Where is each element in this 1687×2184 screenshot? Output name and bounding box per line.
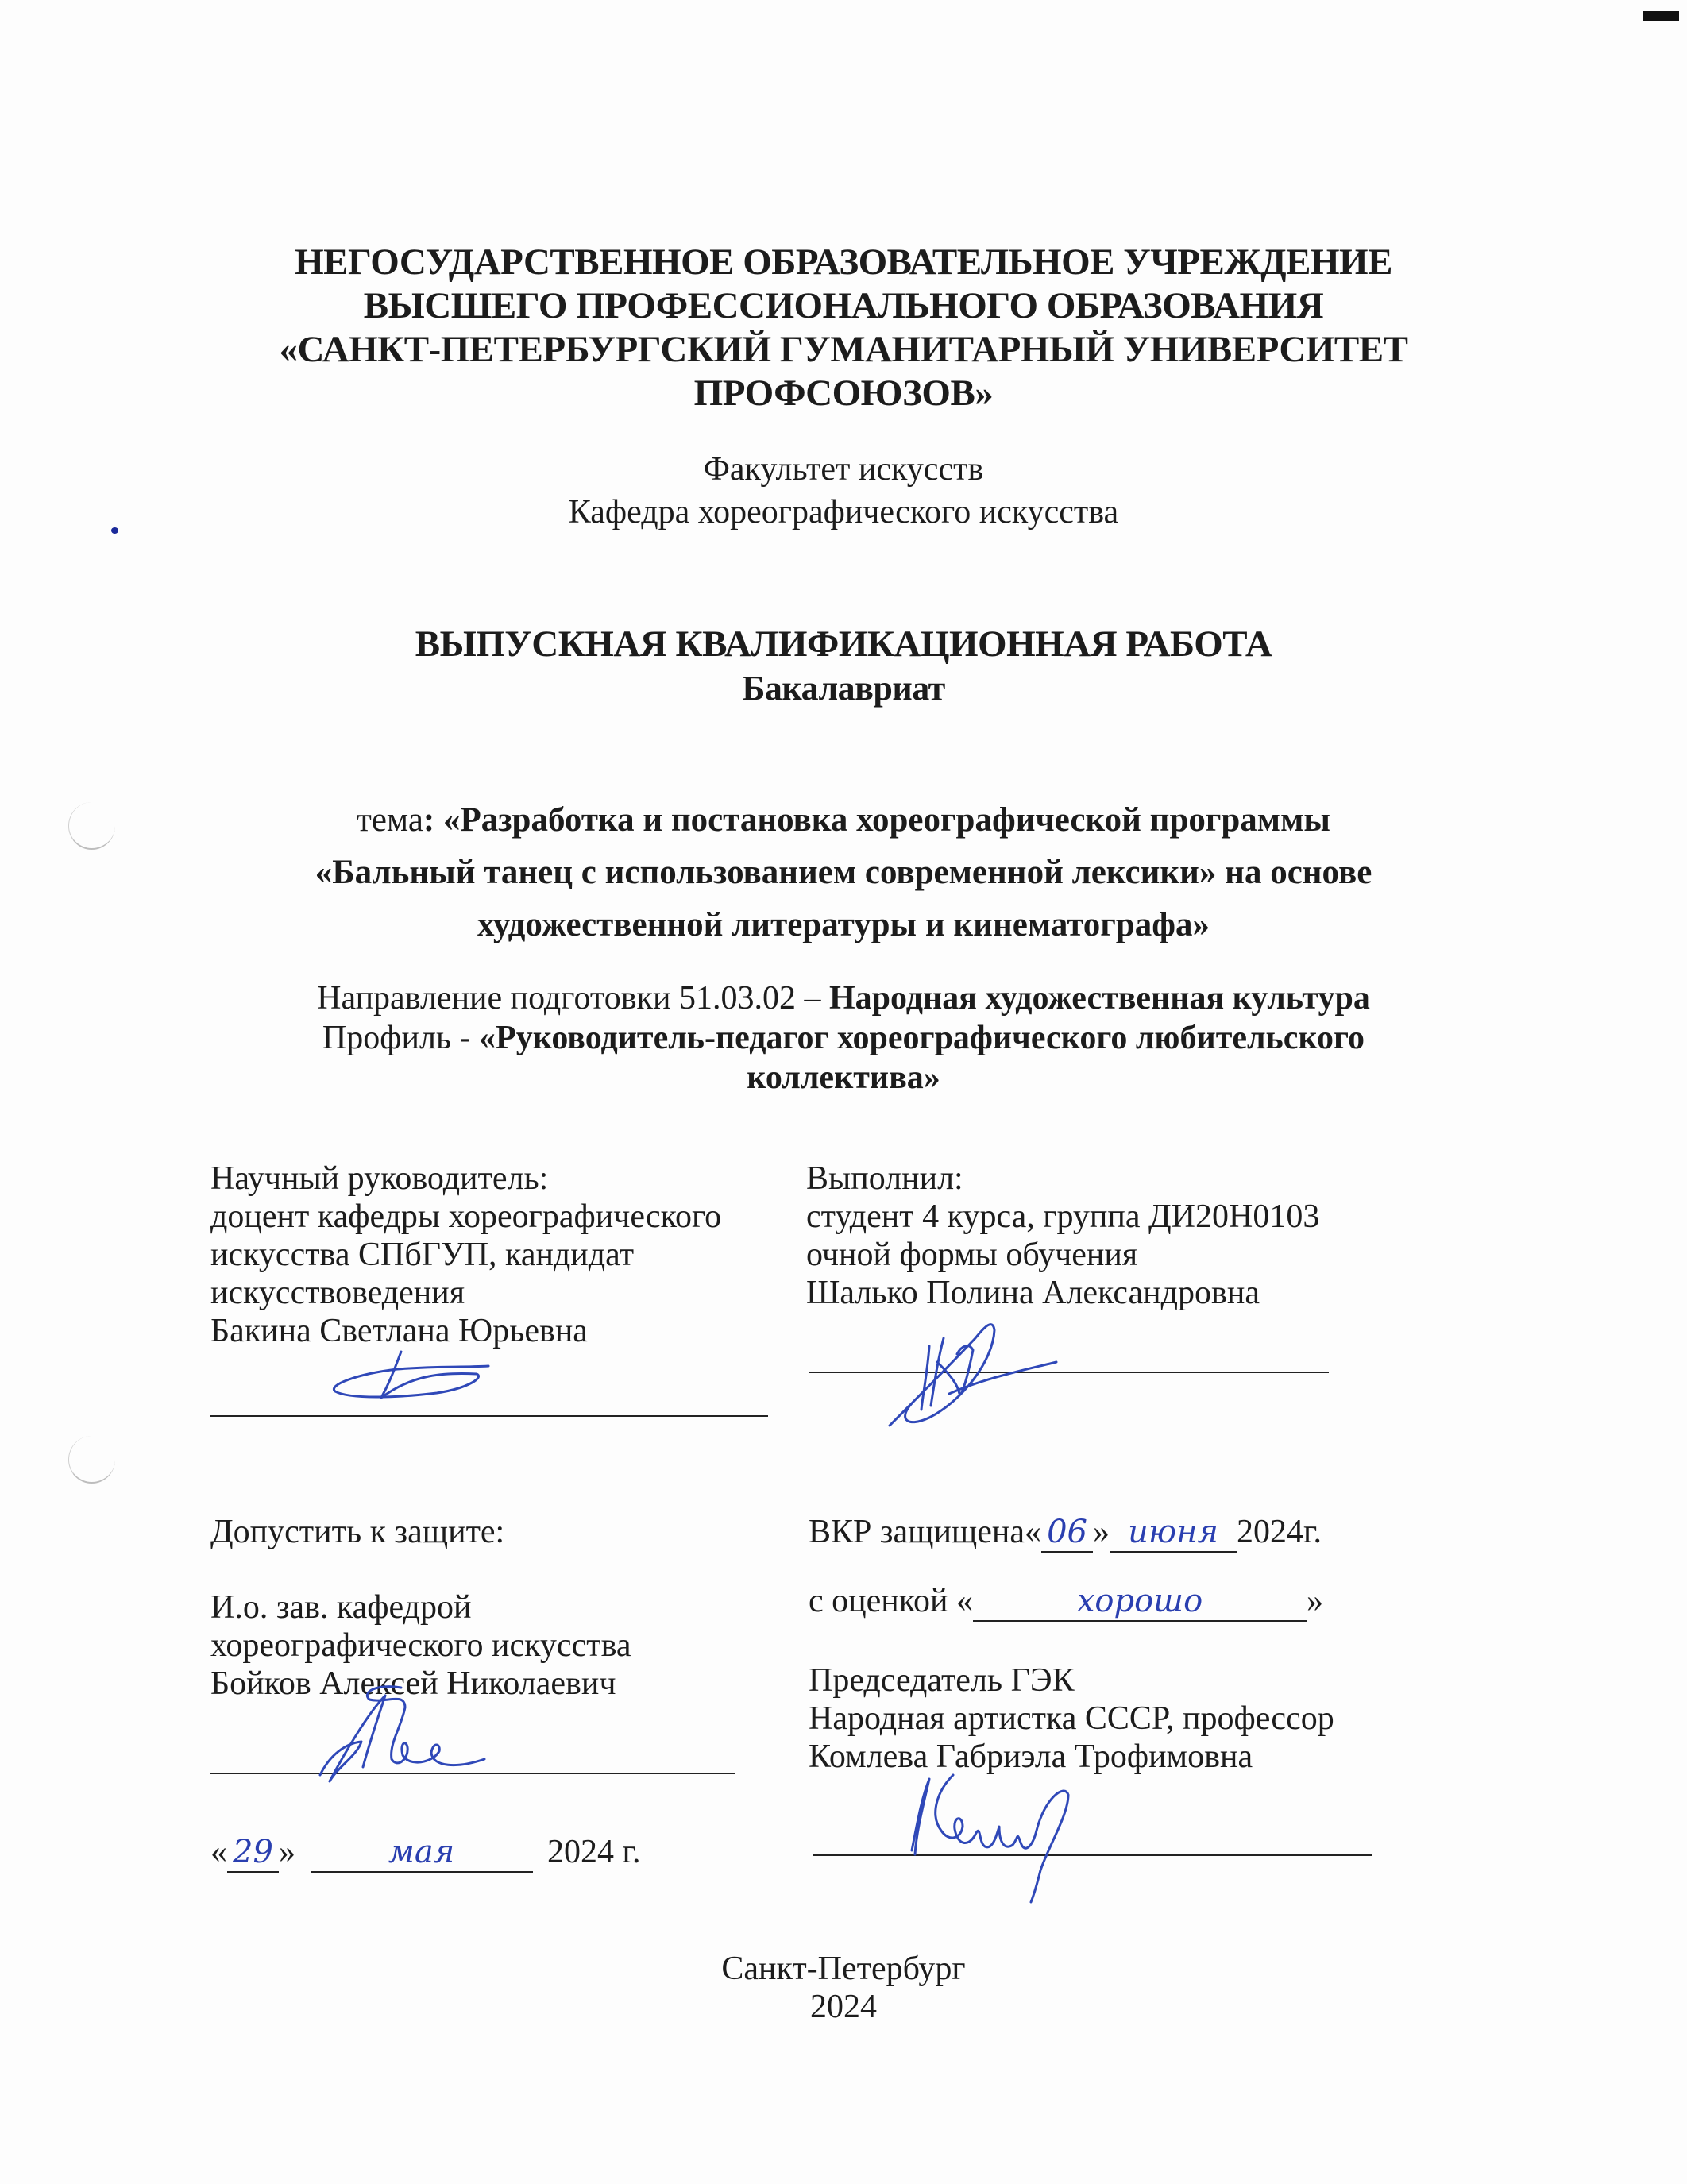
grade-value: хорошо xyxy=(1077,1583,1203,1619)
supervisor-signature xyxy=(326,1350,500,1414)
direction-value: Народная художественная культура xyxy=(829,980,1370,1017)
work-type: ВЫПУСКНАЯ КВАЛИФИКАЦИОННАЯ РАБОТА xyxy=(0,623,1687,666)
defense-year: 2024г. xyxy=(1237,1514,1322,1550)
chair-signature xyxy=(905,1767,1112,1902)
faculty-name: Факультет искусств xyxy=(0,450,1687,489)
supervisor-line: доцент кафедры хореографического xyxy=(210,1198,721,1236)
direction-label: Направление подготовки 51.03.02 – xyxy=(317,980,829,1017)
theme-line-1: тема: «Разработка и постановка хореограф… xyxy=(0,794,1687,847)
profile-line: Профиль - «Руководитель-педагог хореогра… xyxy=(0,1018,1687,1058)
admission-month-field: мая xyxy=(311,1833,533,1873)
theme-title-part: «Разработка и постановка хореографическо… xyxy=(443,801,1330,839)
author-block: Выполнил: студент 4 курса, группа ДИ20Н0… xyxy=(806,1160,1319,1312)
thesis-theme: тема: «Разработка и постановка хореограф… xyxy=(0,794,1687,951)
author-name: Шалько Полина Александровна xyxy=(806,1274,1319,1312)
grade-field: хорошо xyxy=(973,1582,1307,1622)
theme-line-3: художественной литературы и кинематограф… xyxy=(0,899,1687,951)
footer: Санкт-Петербург 2024 xyxy=(0,1950,1687,2026)
institution-line: ВЫСШЕГО ПРОФЕССИОНАЛЬНОГО ОБРАЗОВАНИЯ xyxy=(0,284,1687,328)
supervisor-heading: Научный руководитель: xyxy=(210,1160,721,1198)
author-line: студент 4 курса, группа ДИ20Н0103 xyxy=(806,1198,1319,1236)
institution-line: «САНКТ-ПЕТЕРБУРГСКИЙ ГУМАНИТАРНЫЙ УНИВЕР… xyxy=(0,328,1687,372)
department-name: Кафедра хореографического искусства xyxy=(0,492,1687,532)
defense-month-field: июня xyxy=(1110,1513,1237,1553)
degree-level: Бакалавриат xyxy=(0,666,1687,710)
supervisor-block: Научный руководитель: доцент кафедры хор… xyxy=(210,1160,721,1350)
author-heading: Выполнил: xyxy=(806,1160,1319,1198)
supervisor-signature-line xyxy=(210,1415,768,1417)
program-info: Направление подготовки 51.03.02 – Народн… xyxy=(0,978,1687,1098)
admission-heading: Допустить к защите: xyxy=(210,1513,504,1551)
defense-close-quote: » xyxy=(1093,1514,1110,1550)
commission-block: Председатель ГЭК Народная артистка СССР,… xyxy=(809,1661,1334,1776)
defense-day-field: 06 xyxy=(1041,1513,1093,1553)
admission-day: 29 xyxy=(233,1834,273,1870)
profile-value-continued: коллектива» xyxy=(0,1058,1687,1098)
footer-city: Санкт-Петербург xyxy=(0,1950,1687,1988)
institution-line: ПРОФСОЮЗОВ» xyxy=(0,372,1687,415)
theme-line-2: «Бальный танец с использованием современ… xyxy=(0,847,1687,899)
supervisor-line: искусствоведения xyxy=(210,1274,721,1312)
supervisor-name: Бакина Светлана Юрьевна xyxy=(210,1312,721,1350)
approver-title: И.о. зав. кафедрой xyxy=(210,1588,631,1626)
grade-close-quote: » xyxy=(1307,1583,1323,1619)
defense-month: июня xyxy=(1128,1514,1218,1550)
work-type-block: ВЫПУСКНАЯ КВАЛИФИКАЦИОННАЯ РАБОТА Бакала… xyxy=(0,623,1687,710)
commission-rank: Народная артистка СССР, профессор xyxy=(809,1700,1334,1738)
supervisor-line: искусства СПбГУП, кандидат xyxy=(210,1236,721,1274)
defense-day: 06 xyxy=(1047,1514,1087,1550)
institution-name: НЕГОСУДАРСТВЕННОЕ ОБРАЗОВАТЕЛЬНОЕ УЧРЕЖД… xyxy=(0,241,1687,415)
admission-day-field: 29 xyxy=(227,1833,279,1873)
defense-line: ВКР защищена«06»июня2024г. xyxy=(809,1513,1322,1553)
author-line: очной формы обучения xyxy=(806,1236,1319,1274)
theme-colon: : xyxy=(423,801,443,839)
footer-year: 2024 xyxy=(0,1988,1687,2026)
grade-line: с оценкой «хорошо» xyxy=(809,1582,1323,1622)
date-open-quote: « xyxy=(210,1834,227,1870)
date-close-quote: » xyxy=(279,1834,295,1870)
direction-line: Направление подготовки 51.03.02 – Народн… xyxy=(0,978,1687,1018)
commission-title: Председатель ГЭК xyxy=(809,1661,1334,1700)
scan-edge-mark xyxy=(1643,11,1679,21)
admission-month: мая xyxy=(388,1834,455,1870)
profile-label: Профиль - xyxy=(322,1020,479,1056)
approver-department: хореографического искусства xyxy=(210,1626,631,1665)
grade-label: с оценкой « xyxy=(809,1583,973,1619)
admission-year: 2024 г. xyxy=(547,1834,641,1870)
approver-signature xyxy=(314,1680,496,1787)
defense-open-quote: « xyxy=(1025,1514,1041,1550)
profile-value: «Руководитель-педагог хореографического … xyxy=(479,1020,1365,1056)
author-signature xyxy=(882,1314,1064,1433)
defense-label: ВКР защищена xyxy=(809,1514,1025,1550)
admission-date: «29» мая 2024 г. xyxy=(210,1833,641,1873)
faculty-block: Факультет искусств Кафедра хореографичес… xyxy=(0,450,1687,532)
institution-line: НЕГОСУДАРСТВЕННОЕ ОБРАЗОВАТЕЛЬНОЕ УЧРЕЖД… xyxy=(0,241,1687,284)
punch-hole-bottom xyxy=(68,1436,115,1484)
theme-prefix: тема xyxy=(357,801,423,839)
